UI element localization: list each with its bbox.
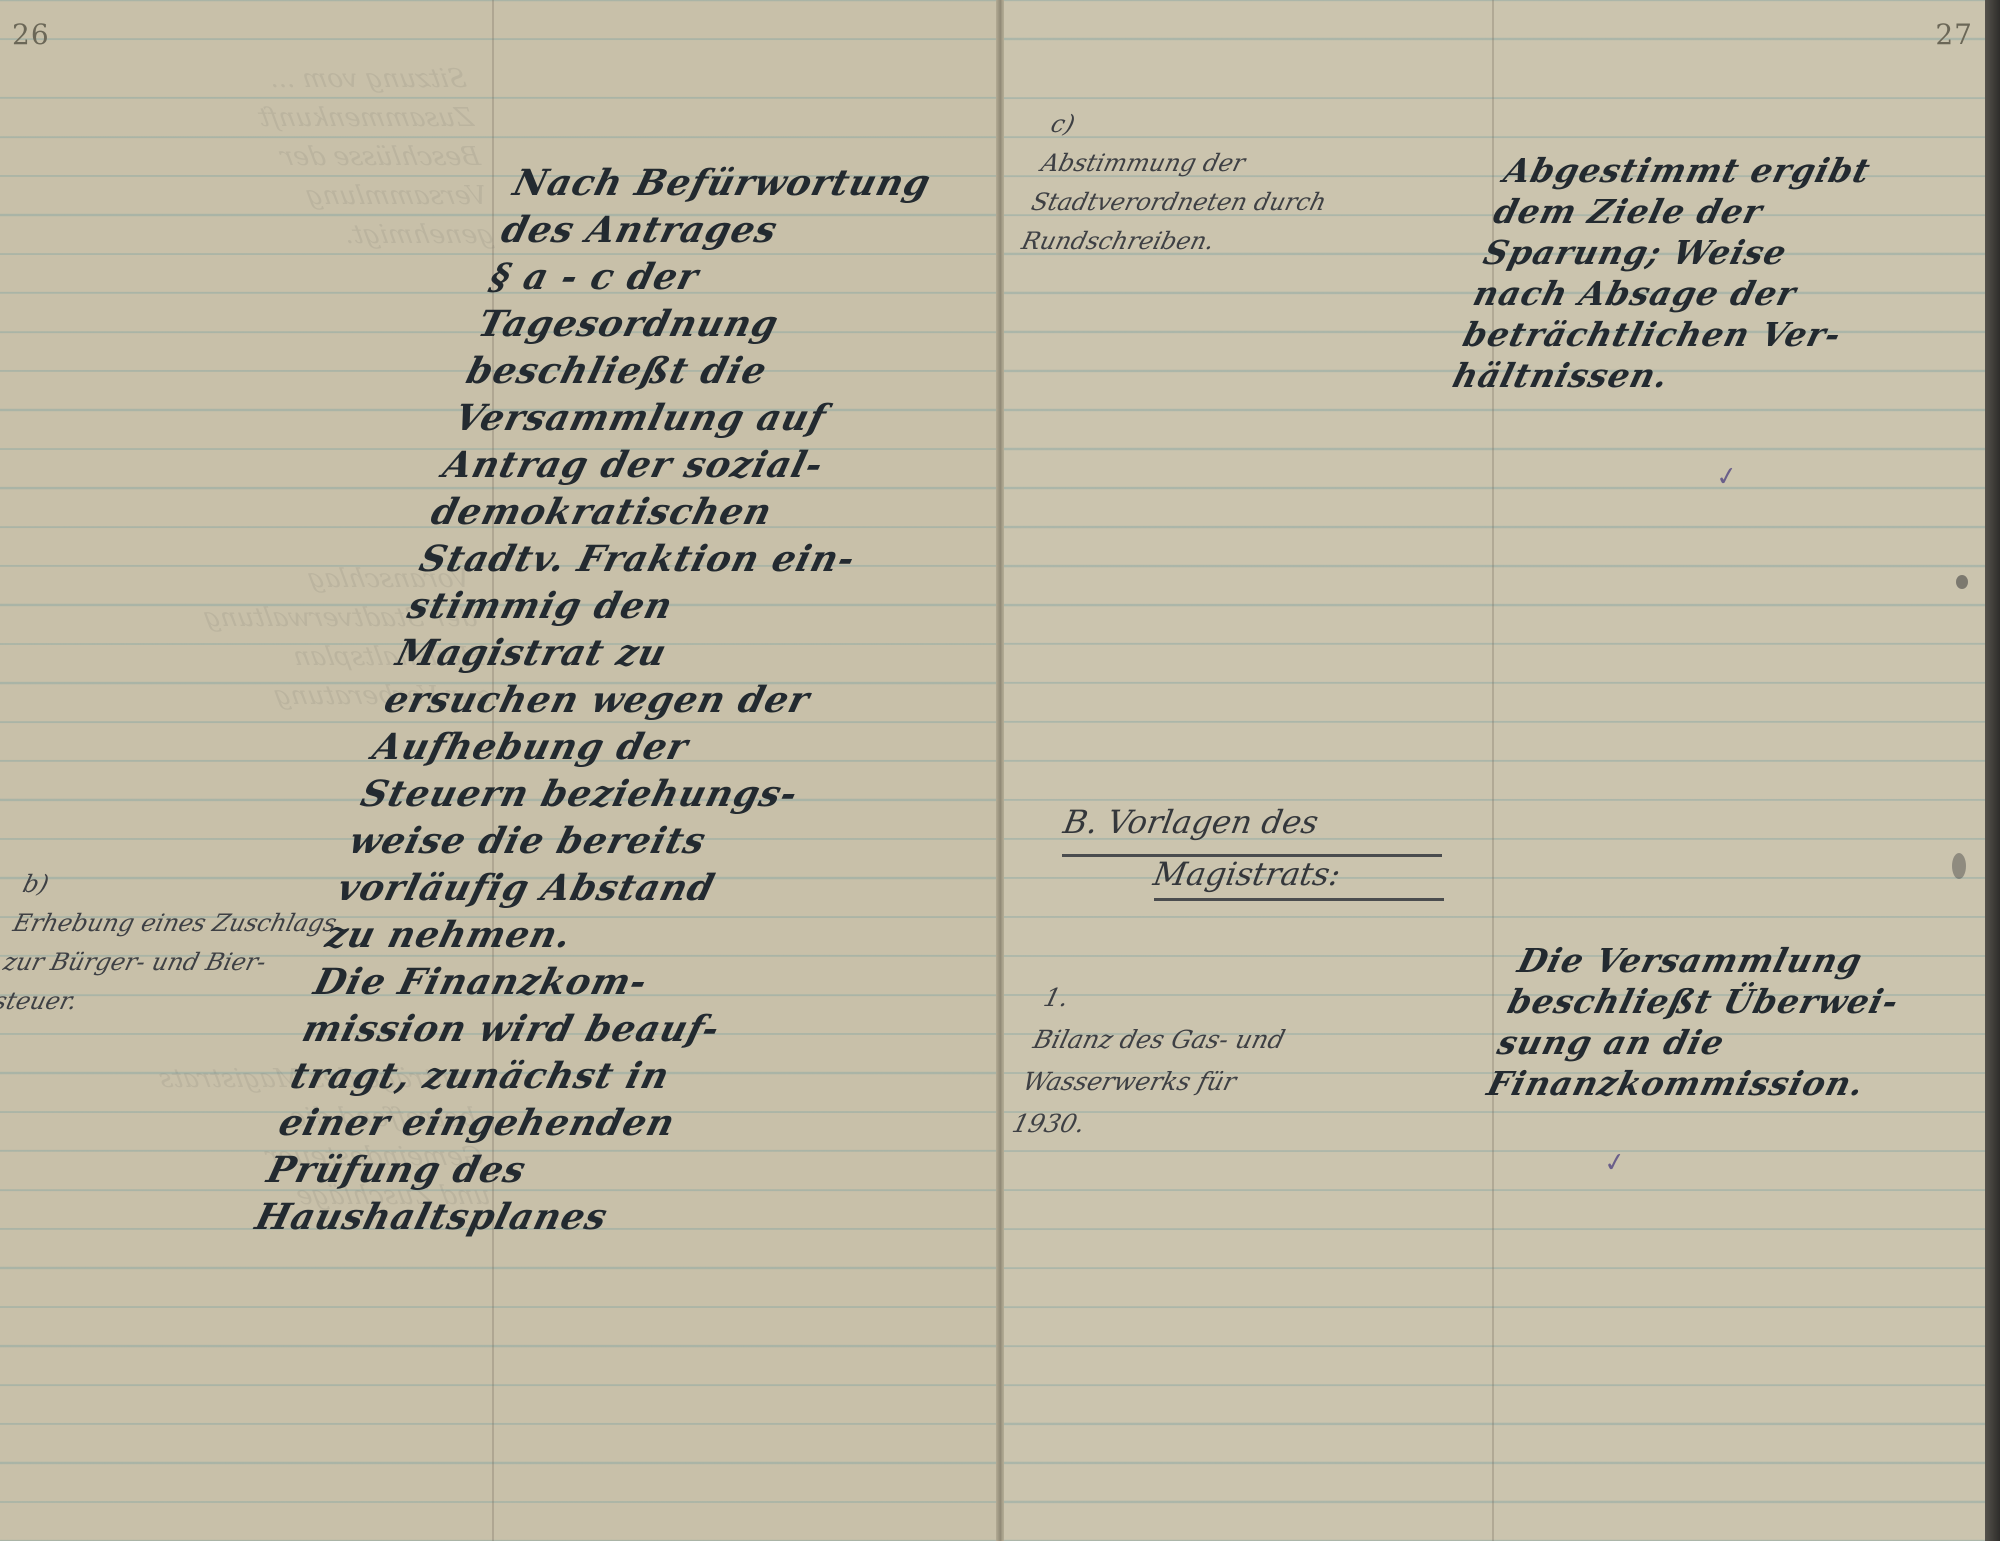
heading-underline (1154, 898, 1444, 901)
resolution-text-c: Abgestimmt ergibt dem Ziele der Sparung;… (1449, 150, 1980, 396)
resolution-text-1: Die Versammlung beschließt Überwei- sung… (1483, 940, 1984, 1104)
left-page: 26 Sitzung vom ... Zusammenkunft Beschlü… (0, 0, 998, 1541)
section-heading-line2: Magistrats: (1150, 852, 1344, 896)
check-mark-icon: ✓ (1602, 1147, 1628, 1180)
agenda-item-c: c) Abstimmung der Stadtverordneten durch… (1017, 66, 1506, 261)
page-number-left: 26 (12, 18, 50, 51)
agenda-item-text: Erhebung eines Zuschlags zur Bürger- und… (0, 909, 340, 1015)
right-page: 27 c) Abstimmung der Stadtverordneten du… (1004, 0, 1985, 1541)
agenda-item-label: c) (1048, 110, 1078, 138)
section-heading-line1: B. Vorlagen des (1060, 800, 1322, 844)
agenda-item-1: 1. Bilanz des Gas- und Wasserwerks für 1… (1008, 935, 1500, 1145)
agenda-item-number: 1. (1041, 983, 1072, 1012)
bleed-through-text: Sitzung vom ... Zusammenkunft Beschlüsse… (23, 60, 497, 255)
ink-blot (1956, 575, 1968, 589)
ink-blot (1952, 853, 1966, 879)
agenda-item-text: Bilanz des Gas- und Wasserwerks für 1930… (1009, 1025, 1288, 1138)
page-number-right: 27 (1935, 18, 1973, 51)
agenda-item-text: Abstimmung der Stadtverordneten durch Ru… (1019, 149, 1329, 255)
ledger-spread: 26 Sitzung vom ... Zusammenkunft Beschlü… (0, 0, 1985, 1541)
agenda-item-label: b) (20, 870, 52, 898)
book-binding-edge (1985, 0, 2000, 1541)
check-mark-icon: ✓ (1714, 461, 1740, 494)
